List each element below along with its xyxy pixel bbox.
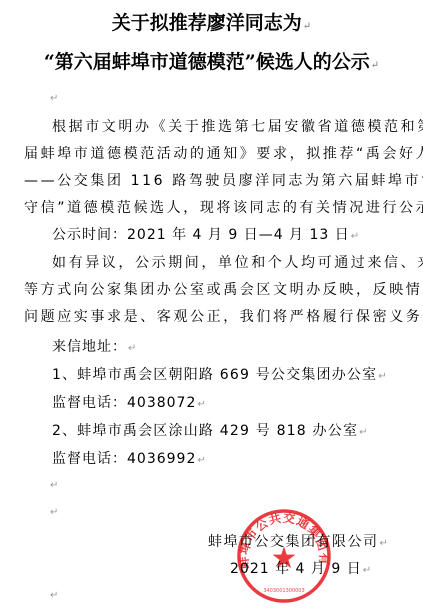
document-title-line-1: 关于拟推荐廖洋同志为↵ — [0, 8, 423, 35]
svg-text:3403001300003: 3403001300003 — [263, 588, 304, 594]
paragraph-mark: ↵ — [50, 480, 58, 491]
paragraph-mark: ↵ — [50, 93, 58, 104]
paragraph-mark: ↵ — [50, 590, 58, 601]
body-paragraph-2-line-1: 如有异议，公示期间，单位和个人均可通过来信、来电 — [52, 252, 423, 272]
paragraph-mark: ↵ — [50, 507, 58, 518]
phone-2: 监督电话：4036992↵ — [52, 448, 206, 468]
body-paragraph-1-line-1: 根据市文明办《关于推选第七届安徽省道德模范和第六 — [52, 116, 423, 136]
document-title-line-2: “第六届蚌埠市道德模范”候选人的公示↵ — [0, 47, 423, 74]
address-label: 来信地址：↵ — [52, 336, 136, 356]
address-2: 2、蚌埠市禹会区涂山路 429 号 818 办公室↵ — [52, 420, 368, 440]
body-paragraph-1-line-4: 守信”道德模范候选人，现将该同志的有关情况进行公示。↵ — [24, 197, 423, 217]
signing-organization: 蚌埠市公交集团有限公司↵ — [208, 531, 388, 551]
company-seal-stamp-icon: 蚌埠市公共交通集团有限公司 ★ 3403001300003 — [236, 508, 332, 604]
body-paragraph-2-line-2: 等方式向公家集团办公室或禹会区文明办反映，反映情况和 — [24, 279, 423, 299]
body-paragraph-1-line-3: ——公交集团 116 路驾驶员廖洋同志为第六届蚌埠市“诚实 — [24, 170, 423, 190]
body-paragraph-2-line-3: 问题应实事求是、客观公正，我们将严格履行保密义务。↵ — [24, 306, 423, 326]
body-paragraph-1-line-2: 届蚌埠市道德模范活动的通知》要求，拟推荐“禹会好人” — [24, 143, 423, 163]
publicity-period: 公示时间：2021 年 4 月 9 日—4 月 13 日↵ — [52, 224, 359, 244]
address-1: 1、蚌埠市禹会区朝阳路 669 号公交集团办公室↵ — [52, 364, 387, 384]
signing-date: 2021 年 4 月 9 日↵ — [230, 558, 371, 578]
phone-1: 监督电话：4038072↵ — [52, 392, 206, 412]
